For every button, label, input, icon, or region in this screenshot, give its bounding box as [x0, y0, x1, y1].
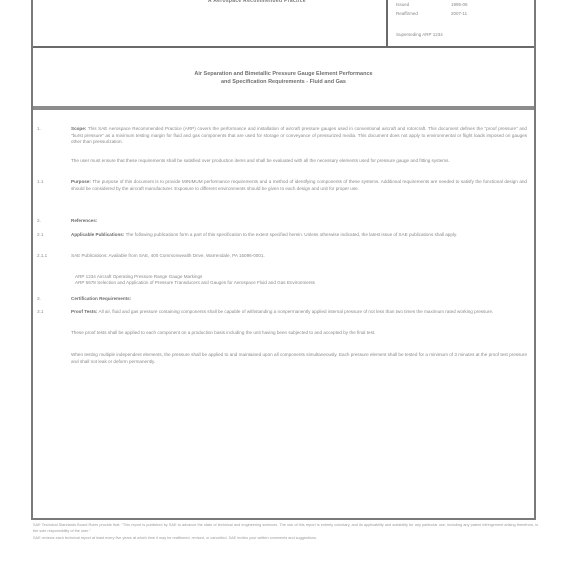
- section-text: The purpose of this document is to provi…: [71, 179, 527, 191]
- title-line-2: and Specification Requirements - Fluid a…: [33, 78, 534, 86]
- section-heading: Applicable Publications:: [71, 232, 124, 237]
- section-heading: Scope:: [71, 126, 86, 131]
- document-page: A Aerospace Recommended Practice Issued …: [31, 0, 536, 520]
- section-text: These proof tests shall be applied to ea…: [71, 330, 375, 335]
- title-block: Air Separation and Bimetallic Pressure G…: [33, 48, 534, 110]
- meta-issued: Issued 1995-06: [396, 2, 409, 7]
- document-header: A Aerospace Recommended Practice Issued …: [33, 0, 534, 48]
- section-heading: References:: [71, 218, 527, 225]
- meta-label: Reaffirmed: [396, 11, 418, 16]
- section-heading: Certification Requirements:: [71, 296, 527, 303]
- reference-text: ARP 5678 Selection and Application of Pr…: [75, 280, 315, 285]
- document-footer: SAE Technical Standards Board Rules prov…: [33, 523, 538, 542]
- section-number: 1.1: [37, 179, 67, 186]
- meta-superseding: Superseding ARP 1234: [396, 32, 443, 37]
- section-text: The user must ensure that these requirem…: [71, 158, 450, 163]
- meta-label: Superseding ARP 1234: [396, 32, 443, 37]
- footer-disclaimer: SAE Technical Standards Board Rules prov…: [33, 523, 538, 534]
- document-title: Air Separation and Bimetallic Pressure G…: [33, 70, 534, 86]
- meta-value: 2007-11: [451, 11, 467, 16]
- reference-text: ARP 1234 Aircraft Operating Pressure Ran…: [75, 274, 202, 279]
- header-title-cell: A Aerospace Recommended Practice: [33, 0, 388, 46]
- footer-review-note: SAE reviews each technical report at lea…: [33, 536, 538, 542]
- meta-label: Issued: [396, 2, 409, 7]
- section-text: The following publications form a part o…: [126, 232, 458, 237]
- section-number: 2.1.1: [37, 253, 67, 260]
- document-type: A Aerospace Recommended Practice: [208, 0, 306, 4]
- section-number: 3.: [37, 296, 67, 303]
- section-heading: Purpose:: [71, 179, 91, 184]
- header-meta-cell: Issued 1995-06 Reaffirmed 2007-11 Supers…: [388, 0, 534, 46]
- section-number: 2.: [37, 218, 67, 225]
- section-text: This SAE Aerospace Recommended Practice …: [71, 126, 527, 144]
- section-number: 3.1: [37, 309, 67, 316]
- section-heading: Proof Tests:: [71, 309, 97, 314]
- section-number: 1.: [37, 126, 67, 133]
- section-number: 2.1: [37, 232, 67, 239]
- meta-value: 1995-06: [451, 2, 468, 7]
- meta-reaffirmed: Reaffirmed 2007-11: [396, 11, 418, 16]
- section-text: SAE Publications: Available from SAE, 40…: [71, 253, 265, 258]
- section-text: When testing multiple independent elemen…: [71, 352, 527, 364]
- section-text: All air, fluid and gas pressure containi…: [99, 309, 494, 314]
- title-line-1: Air Separation and Bimetallic Pressure G…: [33, 70, 534, 78]
